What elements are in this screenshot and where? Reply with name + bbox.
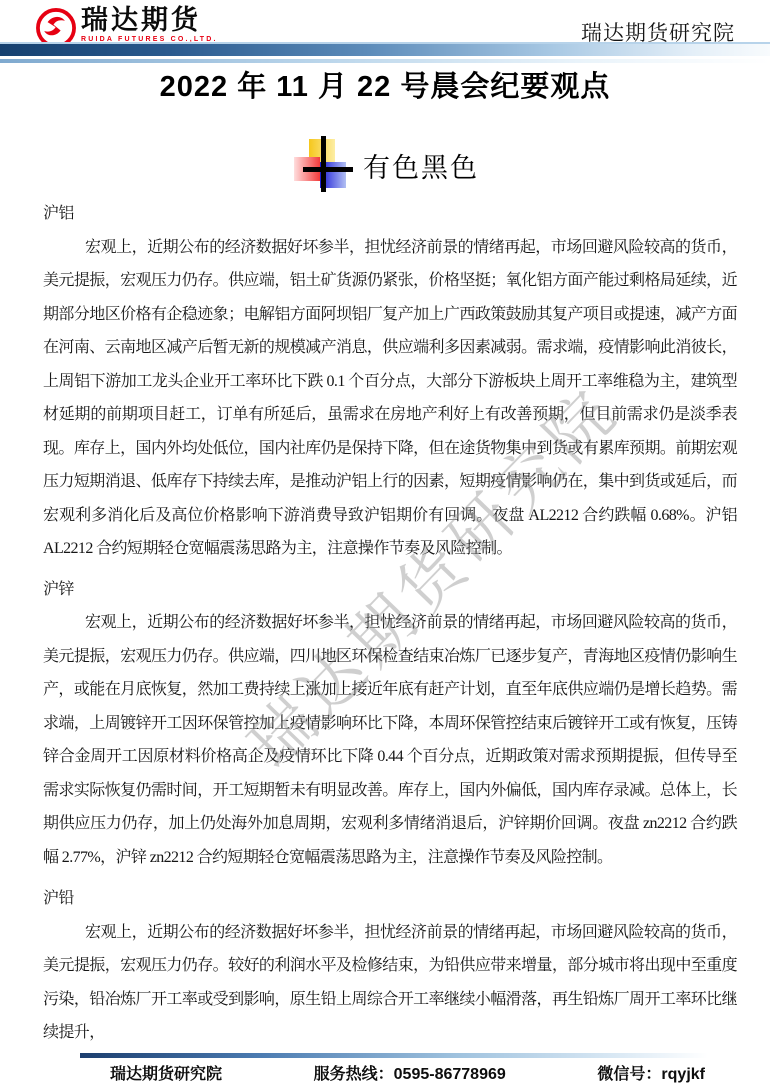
logo-cn-name: 瑞达期货 (81, 5, 218, 35)
section-banner: 有色黑色 (0, 136, 770, 194)
footer-institute: 瑞达期货研究院 (110, 1061, 222, 1084)
cross-horizontal-bar (303, 167, 353, 172)
logo-text: 瑞达期货 RUIDA FUTURES CO.,LTD. (81, 5, 218, 43)
section-body-lead: 宏观上，近期公布的经济数据好坏参半，担忧经济前景的情绪再起，市场回避风险较高的货… (43, 916, 737, 1050)
section-lead: 沪铅 宏观上，近期公布的经济数据好坏参半，担忧经济前景的情绪再起，市场回避风险较… (43, 882, 737, 1050)
footer-wechat: 微信号：rqyjkf (597, 1061, 705, 1084)
section-zinc: 沪锌 宏观上，近期公布的经济数据好坏参半，担忧经济前景的情绪再起，市场回避风险较… (43, 573, 737, 875)
section-aluminum: 沪铝 宏观上，近期公布的经济数据好坏参半，担忧经济前景的情绪再起，市场回避风险较… (43, 197, 737, 566)
colored-cross-icon (291, 136, 355, 194)
section-banner-label: 有色黑色 (363, 146, 479, 185)
footer-hotline: 服务热线：0595-86778969 (314, 1061, 506, 1084)
report-content: 沪铝 宏观上，近期公布的经济数据好坏参半，担忧经济前景的情绪再起，市场回避风险较… (43, 197, 737, 1050)
header-divider-bar-thin (0, 59, 770, 63)
section-heading-lead: 沪铅 (43, 882, 737, 916)
page-footer: 瑞达期货研究院 服务热线：0595-86778969 微信号：rqyjkf (110, 1061, 705, 1084)
section-body-zinc: 宏观上，近期公布的经济数据好坏参半，担忧经济前景的情绪再起，市场回避风险较高的货… (43, 606, 737, 874)
document-page: 瑞达期货 RUIDA FUTURES CO.,LTD. 瑞达期货研究院 2022… (0, 0, 770, 1090)
section-heading-aluminum: 沪铝 (43, 197, 737, 231)
page-title: 2022 年 11 月 22 号晨会纪要观点 (0, 64, 770, 105)
cross-vertical-bar (321, 136, 326, 192)
section-body-aluminum: 宏观上，近期公布的经济数据好坏参半，担忧经济前景的情绪再起，市场回避风险较高的货… (43, 231, 737, 566)
section-heading-zinc: 沪锌 (43, 573, 737, 607)
header-divider-bar (0, 42, 770, 56)
footer-divider-bar (80, 1053, 708, 1058)
